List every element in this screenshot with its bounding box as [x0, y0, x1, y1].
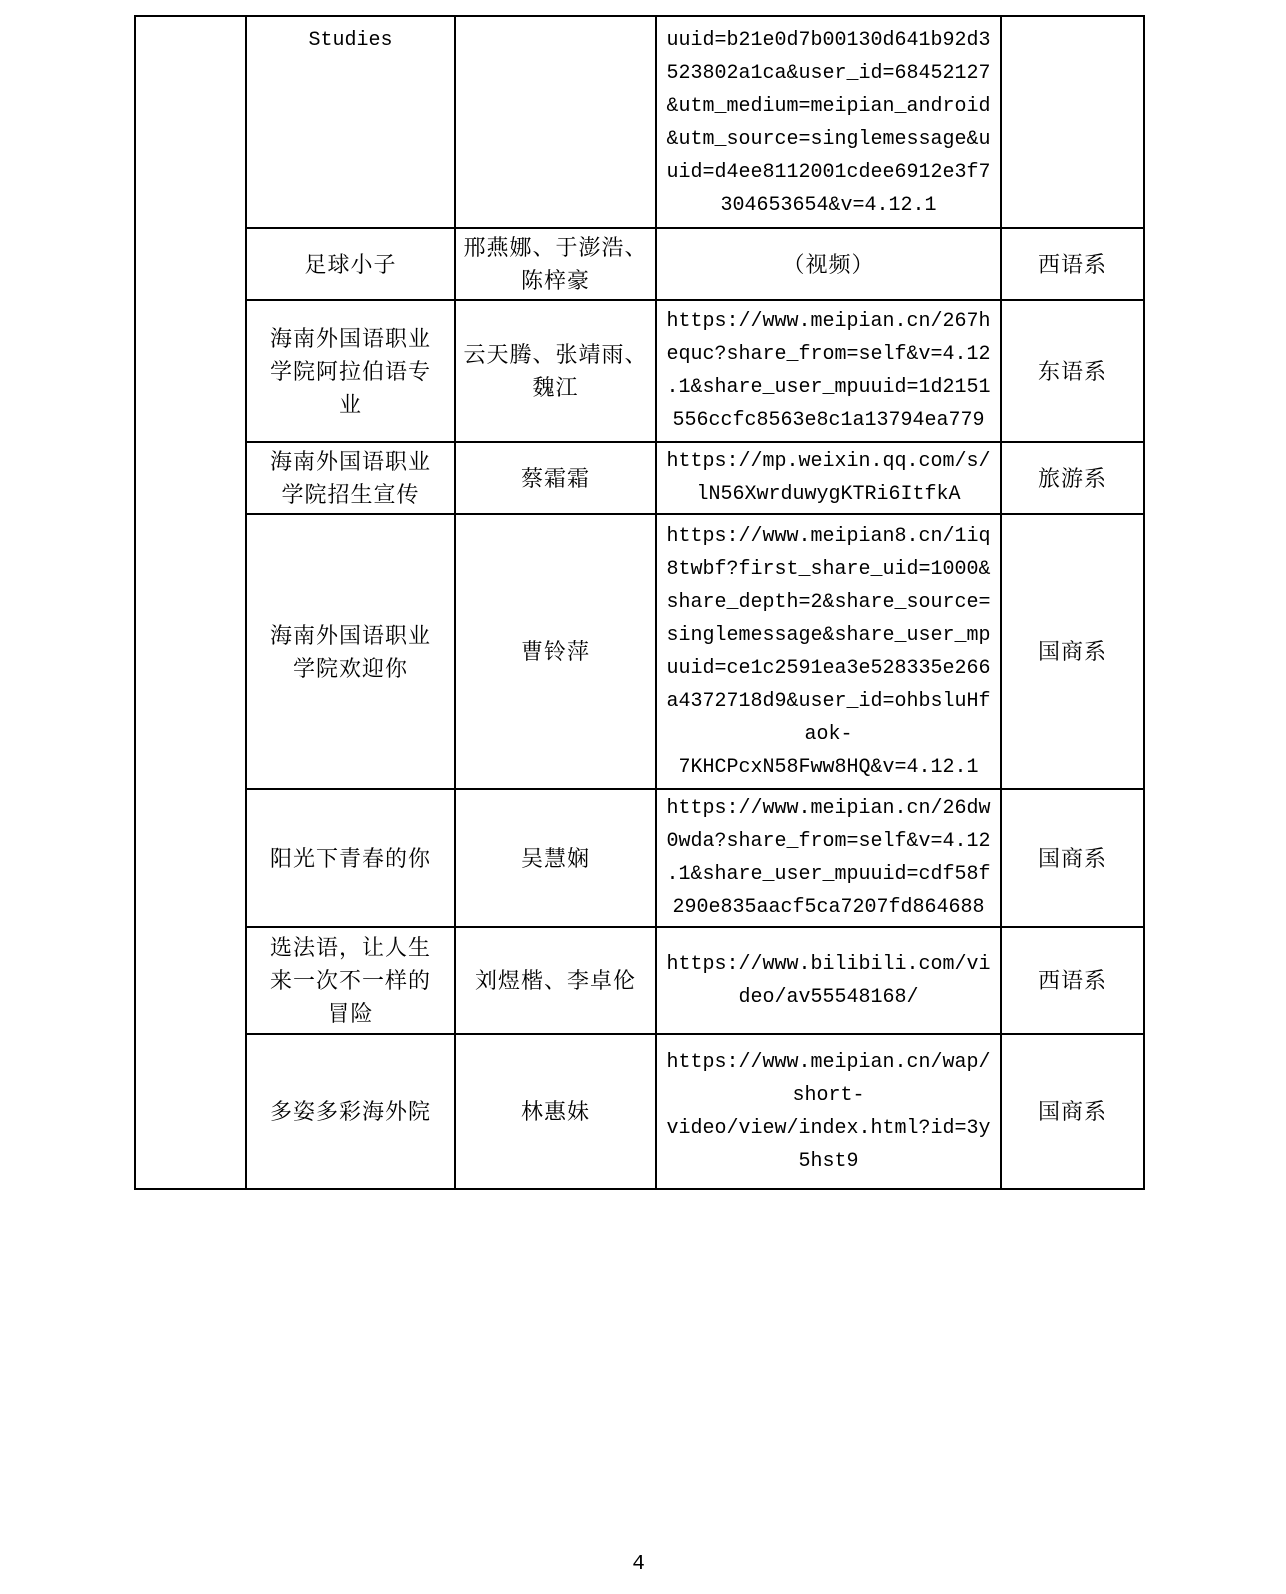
title-cell: 阳光下青春的你: [246, 789, 455, 927]
department-cell: 国商系: [1001, 789, 1144, 927]
url-cell: https://www.meipian.cn/wap/ short- video…: [656, 1034, 1001, 1189]
url-cell: https://www.meipian8.cn/1iq 8twbf?first_…: [656, 514, 1001, 789]
title-cell: 海南外国语职业学院招生宣传: [246, 442, 455, 514]
department-cell: [1001, 16, 1144, 228]
merged-left-cell: [135, 16, 246, 1189]
authors-cell: 刘煜楷、李卓伦: [455, 927, 656, 1034]
table-row: 海南外国语职业学院阿拉伯语专业 云天腾、张靖雨、魏江 https://www.m…: [135, 300, 1144, 442]
url-cell: https://www.bilibili.com/vi deo/av555481…: [656, 927, 1001, 1034]
title-cell: 海南外国语职业学院欢迎你: [246, 514, 455, 789]
table-row: 选法语，让人生来一次不一样的冒险 刘煜楷、李卓伦 https://www.bil…: [135, 927, 1144, 1034]
url-cell: https://www.meipian.cn/26dw 0wda?share_f…: [656, 789, 1001, 927]
url-cell: https://www.meipian.cn/267h equc?share_f…: [656, 300, 1001, 442]
title-cell: Studies: [246, 16, 455, 228]
authors-cell: 蔡霜霜: [455, 442, 656, 514]
authors-cell: [455, 16, 656, 228]
table-row: 足球小子 邢燕娜、于澎浩、陈梓豪 （视频） 西语系: [135, 228, 1144, 300]
department-cell: 旅游系: [1001, 442, 1144, 514]
table-row: 多姿多彩海外院 林惠妹 https://www.meipian.cn/wap/ …: [135, 1034, 1144, 1189]
table-row: 阳光下青春的你 吴慧娴 https://www.meipian.cn/26dw …: [135, 789, 1144, 927]
department-cell: 西语系: [1001, 927, 1144, 1034]
table-row: 海南外国语职业学院欢迎你 曹铃萍 https://www.meipian8.cn…: [135, 514, 1144, 789]
links-table: Studies uuid=b21e0d7b00130d641b92d3 5238…: [134, 15, 1145, 1190]
authors-cell: 吴慧娴: [455, 789, 656, 927]
table-row: Studies uuid=b21e0d7b00130d641b92d3 5238…: [135, 16, 1144, 228]
department-cell: 西语系: [1001, 228, 1144, 300]
document-page: { "page": { "number": "4" }, "table": { …: [0, 0, 1286, 1594]
title-cell: 多姿多彩海外院: [246, 1034, 455, 1189]
title-cell: 选法语，让人生来一次不一样的冒险: [246, 927, 455, 1034]
page-number: 4: [134, 1550, 1143, 1580]
url-cell: https://mp.weixin.qq.com/s/ lN56Xwrduwyg…: [656, 442, 1001, 514]
url-cell: （视频）: [656, 228, 1001, 300]
authors-cell: 林惠妹: [455, 1034, 656, 1189]
authors-cell: 云天腾、张靖雨、魏江: [455, 300, 656, 442]
authors-cell: 曹铃萍: [455, 514, 656, 789]
title-cell: 足球小子: [246, 228, 455, 300]
department-cell: 东语系: [1001, 300, 1144, 442]
title-cell: 海南外国语职业学院阿拉伯语专业: [246, 300, 455, 442]
url-cell: uuid=b21e0d7b00130d641b92d3 523802a1ca&u…: [656, 16, 1001, 228]
table-row: 海南外国语职业学院招生宣传 蔡霜霜 https://mp.weixin.qq.c…: [135, 442, 1144, 514]
department-cell: 国商系: [1001, 514, 1144, 789]
authors-cell: 邢燕娜、于澎浩、陈梓豪: [455, 228, 656, 300]
department-cell: 国商系: [1001, 1034, 1144, 1189]
